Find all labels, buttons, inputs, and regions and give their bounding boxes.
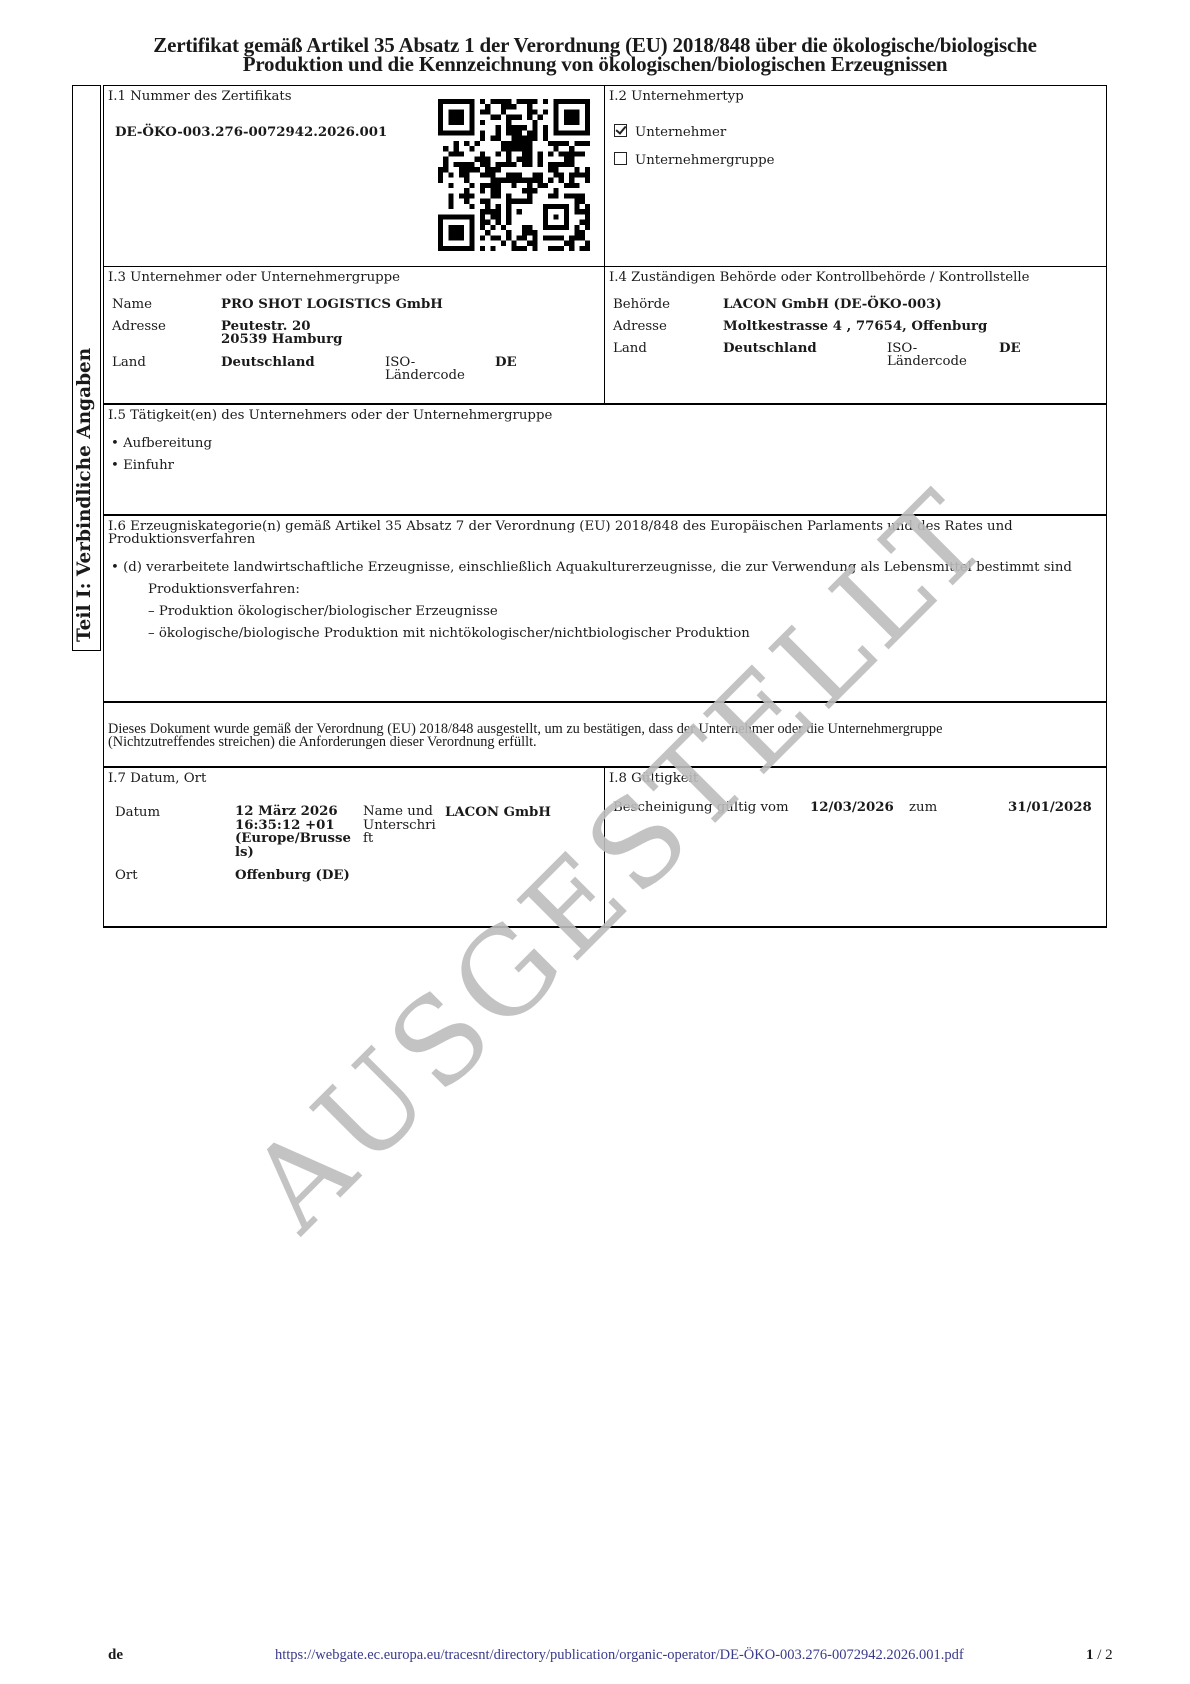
place-label: Ort <box>115 868 138 883</box>
footer-language: de <box>108 1647 123 1663</box>
section-heading: I.6 Erzeugniskategorie(n) gemäß Artikel … <box>108 520 1013 546</box>
certificate-number: DE-ÖKO-003.276-0072942.2026.001 <box>115 125 387 140</box>
section-heading: I.7 Datum, Ort <box>108 772 206 785</box>
part-label: Teil I: Verbindliche Angaben <box>75 348 95 642</box>
section-heading: I.8 Gültigkeit <box>609 772 698 785</box>
address-value: Moltkestrasse 4 , 77654, Offenburg <box>723 319 987 334</box>
iso-label-2: Ländercode <box>385 368 465 383</box>
country-label: Land <box>613 341 647 356</box>
page-indicator: 1 / 2 <box>1086 1647 1113 1663</box>
checkbox-label: Unternehmergruppe <box>635 153 775 168</box>
declaration-text: Dieses Dokument wurde gemäß der Verordnu… <box>108 723 942 749</box>
activity-item: • Aufbereitung <box>111 436 212 451</box>
footer-url-link[interactable]: https://webgate.ec.europa.eu/tracesnt/di… <box>275 1647 964 1663</box>
operator-name: PRO SHOT LOGISTICS GmbH <box>221 297 443 312</box>
iso-value: DE <box>999 341 1021 356</box>
heading-line-2: Produktionsverfahren <box>108 533 1013 546</box>
section-heading: I.2 Unternehmertyp <box>609 90 744 103</box>
name-label: Name <box>112 297 152 312</box>
qr-code-icon <box>438 99 590 251</box>
date-label: Datum <box>115 805 160 820</box>
page-separator: / <box>1094 1647 1106 1663</box>
country-label: Land <box>112 355 146 370</box>
valid-to-label: zum <box>909 800 937 815</box>
checkbox-unternehmergruppe[interactable]: Unternehmergruppe <box>614 152 775 168</box>
date-value: 12 März 2026 16:35:12 +01 (Europe/Brusse… <box>235 805 351 859</box>
part-sidebar: Teil I: Verbindliche Angaben <box>72 85 101 651</box>
section-1-7: I.7 Datum, Ort Datum 12 März 2026 16:35:… <box>103 766 605 928</box>
section-heading: I.3 Unternehmer oder Unternehmergruppe <box>108 271 400 284</box>
iso-value: DE <box>495 355 517 370</box>
section-1-4: I.4 Zuständigen Behörde oder Kontrollbeh… <box>604 266 1107 404</box>
address-line-2: 20539 Hamburg <box>221 332 342 347</box>
method-item: – ökologische/biologische Produktion mit… <box>148 626 750 641</box>
document-title: Zertifikat gemäß Artikel 35 Absatz 1 der… <box>60 36 1130 74</box>
valid-from-label: Bescheinigung gültig vom <box>613 800 789 815</box>
section-1-2: I.2 Unternehmertyp Unternehmer Unternehm… <box>604 85 1107 267</box>
authority-label: Behörde <box>613 297 670 312</box>
signature-label: Name und Unterschri ft <box>363 805 436 846</box>
section-heading: I.5 Tätigkeit(en) des Unternehmers oder … <box>108 409 552 422</box>
activity-item: • Einfuhr <box>111 458 174 473</box>
signature-value: LACON GmbH <box>445 805 551 820</box>
authority-value: LACON GmbH (DE-ÖKO-003) <box>723 297 942 312</box>
methods-label: Produktionsverfahren: <box>148 582 300 597</box>
page-current: 1 <box>1086 1647 1094 1663</box>
checkbox-checked-icon[interactable] <box>614 124 627 137</box>
address-label: Adresse <box>112 319 166 334</box>
valid-from-value: 12/03/2026 <box>810 800 894 815</box>
country-value: Deutschland <box>221 355 315 370</box>
title-line-2: Produktion und die Kennzeichnung von öko… <box>60 55 1130 74</box>
method-item: – Produktion ökologischer/biologischer E… <box>148 604 498 619</box>
checkbox-label: Unternehmer <box>635 125 726 140</box>
section-1-6: I.6 Erzeugniskategorie(n) gemäß Artikel … <box>103 514 1107 702</box>
checkbox-unternehmer[interactable]: Unternehmer <box>614 124 726 140</box>
iso-label-2: Ländercode <box>887 354 967 369</box>
country-value: Deutschland <box>723 341 817 356</box>
section-heading: I.1 Nummer des Zertifikats <box>108 90 292 103</box>
section-heading: I.4 Zuständigen Behörde oder Kontrollbeh… <box>609 271 1029 284</box>
product-category: • (d) verarbeitete landwirtschaftliche E… <box>111 560 1072 575</box>
section-1-3: I.3 Unternehmer oder Unternehmergruppe N… <box>103 266 605 404</box>
address-label: Adresse <box>613 319 667 334</box>
place-value: Offenburg (DE) <box>235 868 350 883</box>
valid-to-value: 31/01/2028 <box>1008 800 1092 815</box>
declaration-line-2: (Nichtzutreffendes streichen) die Anford… <box>108 736 942 749</box>
checkbox-unchecked-icon[interactable] <box>614 152 627 165</box>
section-1-5: I.5 Tätigkeit(en) des Unternehmers oder … <box>103 403 1107 515</box>
page-total: 2 <box>1105 1647 1113 1663</box>
declaration: Dieses Dokument wurde gemäß der Verordnu… <box>103 701 1107 767</box>
section-1-8: I.8 Gültigkeit Bescheinigung gültig vom … <box>604 766 1107 928</box>
